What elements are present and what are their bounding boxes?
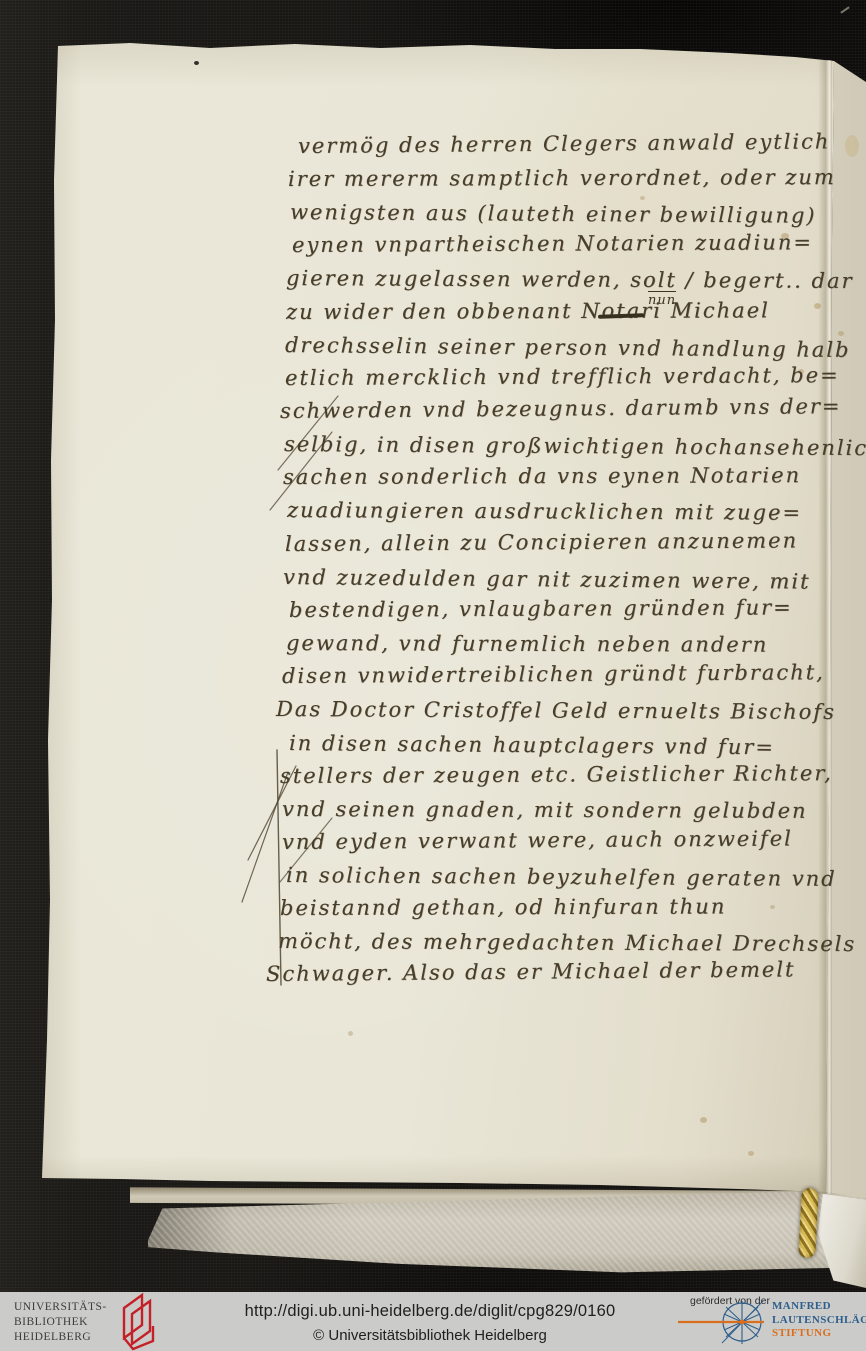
foxing-spot bbox=[798, 369, 804, 374]
foxing-spot bbox=[781, 233, 789, 239]
foxing-spot bbox=[700, 1117, 707, 1123]
foxing-spot bbox=[748, 1151, 754, 1156]
library-name-line: BIBLIOTHEK bbox=[14, 1315, 107, 1330]
funder-name-line: LAUTENSCHLÄGER bbox=[772, 1314, 866, 1328]
funder-name-line: STIFTUNG bbox=[772, 1327, 866, 1341]
library-name: UNIVERSITÄTS- BIBLIOTHEK HEIDELBERG bbox=[14, 1300, 107, 1344]
library-name-line: HEIDELBERG bbox=[14, 1330, 107, 1345]
copyright-line: © Universitätsbibliothek Heidelberg bbox=[170, 1327, 690, 1344]
page-paper bbox=[40, 40, 866, 1202]
foxing-spot bbox=[845, 135, 859, 157]
funder-name: MANFRED LAUTENSCHLÄGER STIFTUNG bbox=[772, 1300, 866, 1341]
ub-heidelberg-logo bbox=[112, 1292, 170, 1351]
funder-name-line: MANFRED bbox=[772, 1300, 866, 1314]
interlinear-correction: nun bbox=[648, 291, 676, 308]
manuscript-page bbox=[40, 40, 866, 1202]
vellum-cover-edge bbox=[818, 1194, 866, 1288]
stiftung-globe-logo bbox=[676, 1299, 770, 1345]
foxing-spot bbox=[348, 1031, 353, 1036]
foxing-spot bbox=[640, 196, 645, 200]
library-name-line: UNIVERSITÄTS- bbox=[14, 1300, 107, 1315]
foxing-spot bbox=[838, 331, 844, 336]
paper-speck bbox=[194, 61, 199, 65]
footer-bar: UNIVERSITÄTS- BIBLIOTHEK HEIDELBERG http… bbox=[0, 1292, 866, 1351]
foxing-spot bbox=[770, 905, 775, 909]
dust-thread bbox=[840, 6, 849, 13]
scan-viewport: vermög des herren Clegers anwald eytlich… bbox=[0, 0, 866, 1351]
foxing-spot bbox=[814, 303, 821, 309]
source-url: http://digi.ub.uni-heidelberg.de/diglit/… bbox=[170, 1302, 690, 1321]
image-credit: http://digi.ub.uni-heidelberg.de/diglit/… bbox=[170, 1292, 690, 1344]
fold-shadow bbox=[818, 60, 832, 1194]
